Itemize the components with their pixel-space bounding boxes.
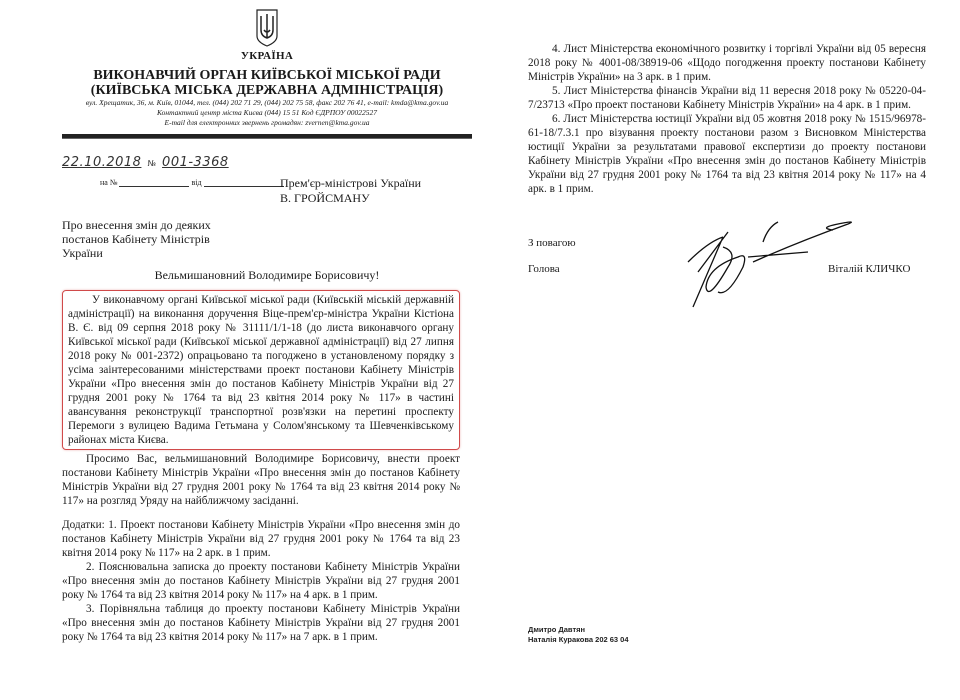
attachment-5: 5. Лист Міністерства фінансів України ві… bbox=[528, 84, 926, 112]
attachments-continued: 4. Лист Міністерства економічного розвит… bbox=[528, 42, 926, 196]
org-name-line2: (КИЇВСЬКА МІСЬКА ДЕРЖАВНА АДМІНІСТРАЦІЯ) bbox=[62, 83, 472, 98]
attachment-1: Додатки: 1. Проект постанови Кабінету Мі… bbox=[62, 518, 460, 560]
registration-line: 22.10.2018 № 001-3368 bbox=[62, 155, 472, 170]
trident-icon bbox=[255, 8, 279, 48]
signature-icon bbox=[668, 212, 868, 312]
highlighted-paragraph: У виконавчому органі Київської міської р… bbox=[62, 290, 460, 450]
salutation: Вельмишановний Володимире Борисовичу! bbox=[62, 268, 472, 283]
org-name-line1: ВИКОНАВЧИЙ ОРГАН КИЇВСЬКОЇ МІСЬКОЇ РАДИ bbox=[62, 68, 472, 83]
signer-position: Голова bbox=[528, 263, 560, 275]
attachment-2: 2. Пояснювальна записка до проекту поста… bbox=[62, 560, 460, 602]
registration-date: 22.10.2018 bbox=[62, 155, 141, 170]
attachment-3: 3. Порівняльна таблиця до проекту постан… bbox=[62, 602, 460, 644]
country-name: УКРАЇНА bbox=[62, 50, 472, 62]
contact-line1: вул. Хрещатик, 36, м. Київ, 01044, тел. … bbox=[62, 98, 472, 108]
letterhead: УКРАЇНА ВИКОНАВЧИЙ ОРГАН КИЇВСЬКОЇ МІСЬК… bbox=[62, 8, 472, 139]
letter-body: У виконавчому органі Київської міської р… bbox=[62, 290, 460, 644]
addressee: Прем'єр-міністрові України В. ГРОЙСМАНУ bbox=[280, 176, 421, 206]
request-paragraph: Просимо Вас, вельмишановний Володимире Б… bbox=[62, 452, 460, 508]
attachment-4: 4. Лист Міністерства економічного розвит… bbox=[528, 42, 926, 84]
executors: Дмитро Давтян Наталія Куракова 202 63 04 bbox=[528, 625, 629, 645]
registration-number: 001-3368 bbox=[162, 155, 229, 170]
letter-page-left: УКРАЇНА ВИКОНАВЧИЙ ОРГАН КИЇВСЬКОЇ МІСЬК… bbox=[62, 0, 472, 187]
signer-name: Віталій КЛИЧКО bbox=[828, 263, 910, 275]
attachment-6: 6. Лист Міністерства юстиції України від… bbox=[528, 112, 926, 196]
contact-line2: Контактний центр міста Києва (044) 15 51… bbox=[62, 108, 472, 118]
header-divider bbox=[62, 134, 472, 139]
subject: Про внесення змін до деяких постанов Каб… bbox=[62, 218, 232, 260]
closing-regards: З повагою bbox=[528, 237, 576, 249]
contact-line3: E-mail для електронних звернень громадян… bbox=[62, 118, 472, 128]
